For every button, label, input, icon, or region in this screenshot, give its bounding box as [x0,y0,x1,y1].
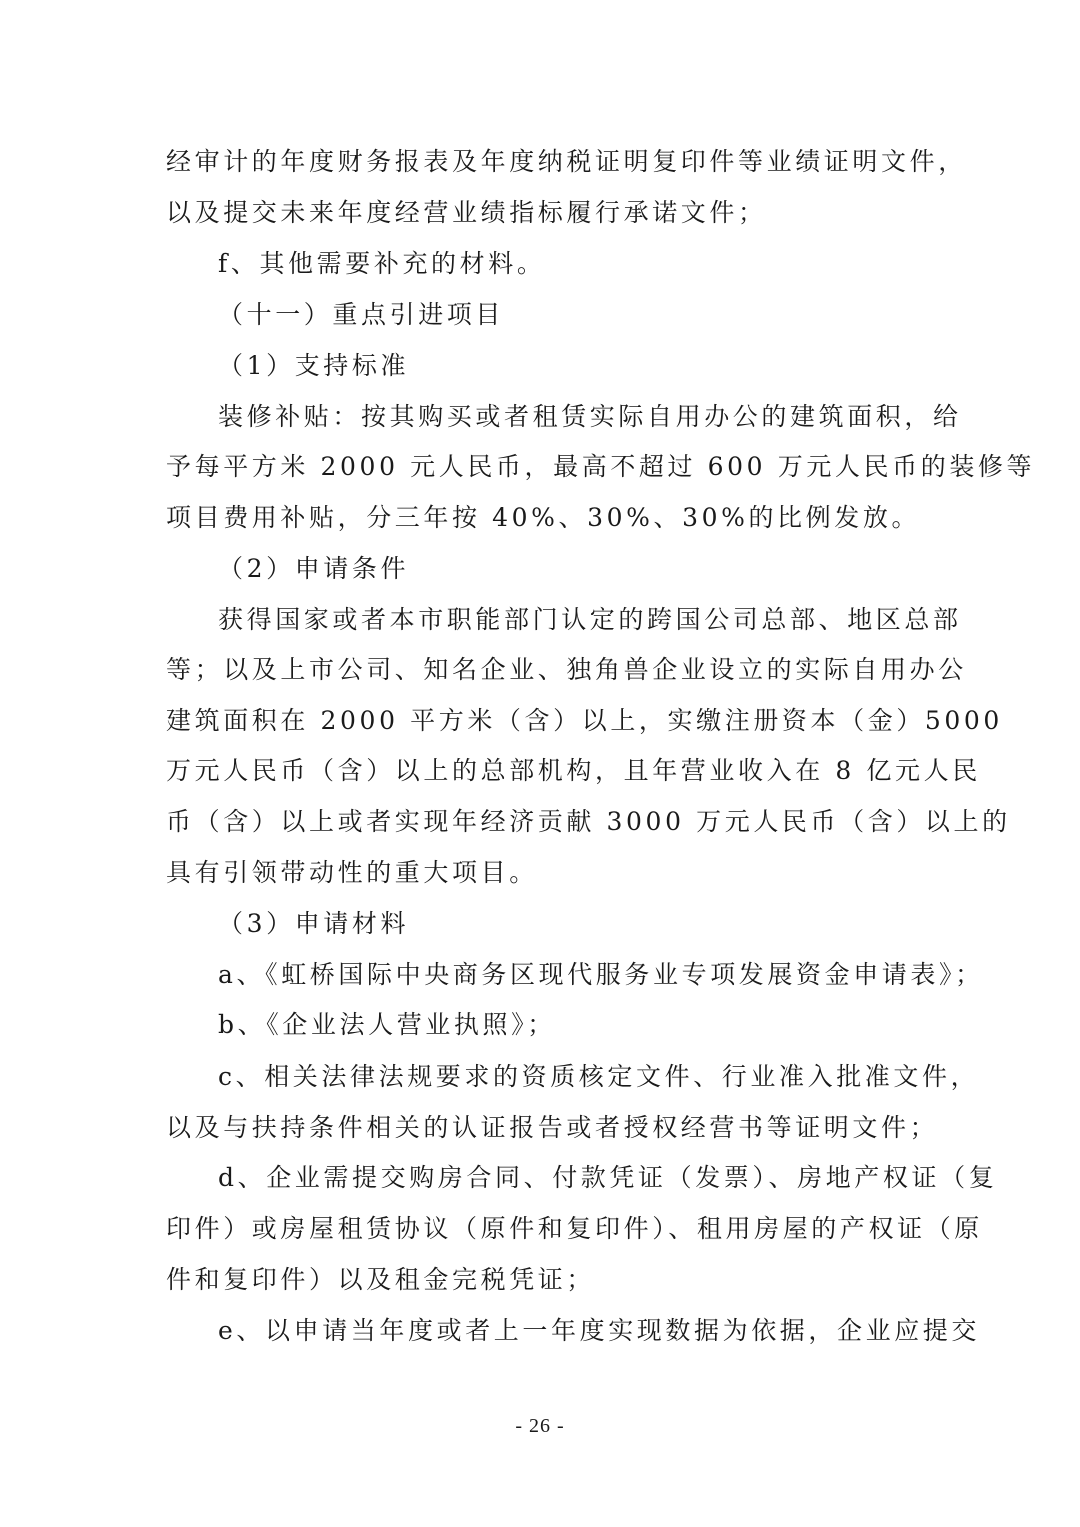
body-text-line: 万元人民币（含）以上的总部机构，且年营业收入在 8 亿元人民 [166,751,926,791]
subheading-support-standard: （1）支持标准 [218,346,988,386]
subheading-application-materials: （3）申请材料 [218,904,988,944]
list-item-e: e、以申请当年度或者上一年度实现数据为依据，企业应提交 [218,1311,926,1351]
body-text-line: 经审计的年度财务报表及年度纳税证明复印件等业绩证明文件， [166,142,926,182]
body-text-line: 获得国家或者本市职能部门认定的跨国公司总部、地区总部 [218,600,926,640]
body-text-line: 具有引领带动性的重大项目。 [166,853,936,893]
body-text-line: 装修补贴：按其购买或者租赁实际自用办公的建筑面积，给 [218,397,926,437]
body-text-line: 印件）或房屋租赁协议（原件和复印件）、租用房屋的产权证（原 [166,1209,926,1249]
body-text-line: 件和复印件）以及租金完税凭证； [166,1260,936,1300]
section-heading-11: （十一）重点引进项目 [218,295,988,335]
document-page: 经审计的年度财务报表及年度纳税证明复印件等业绩证明文件， 以及提交未来年度经营业… [0,0,1080,1527]
list-item-c: c、相关法律法规要求的资质核定文件、行业准入批准文件， [218,1057,926,1097]
list-item-d: d、企业需提交购房合同、付款凭证（发票）、房地产权证（复 [218,1158,926,1198]
list-item-a: a、《虹桥国际中央商务区现代服务业专项发展资金申请表》； [218,955,926,995]
body-text-line: 予每平方米 2000 元人民币，最高不超过 600 万元人民币的装修等 [166,447,926,487]
body-text-line: 以及与扶持条件相关的认证报告或者授权经营书等证明文件； [166,1108,936,1148]
page-number: - 26 - [0,1412,1080,1440]
list-item-b: b、《企业法人营业执照》； [218,1005,988,1045]
body-text-line: 项目费用补贴，分三年按 40%、30%、30%的比例发放。 [166,498,936,538]
subheading-application-conditions: （2）申请条件 [218,549,988,589]
body-text-line: 建筑面积在 2000 平方米（含）以上，实缴注册资本（金）5000 [166,701,926,741]
list-item-f: f、其他需要补充的材料。 [218,244,988,284]
body-text-line: 等；以及上市公司、知名企业、独角兽企业设立的实际自用办公 [166,650,926,690]
body-text-line: 币（含）以上或者实现年经济贡献 3000 万元人民币（含）以上的 [166,802,926,842]
body-text-line: 以及提交未来年度经营业绩指标履行承诺文件； [166,193,936,233]
